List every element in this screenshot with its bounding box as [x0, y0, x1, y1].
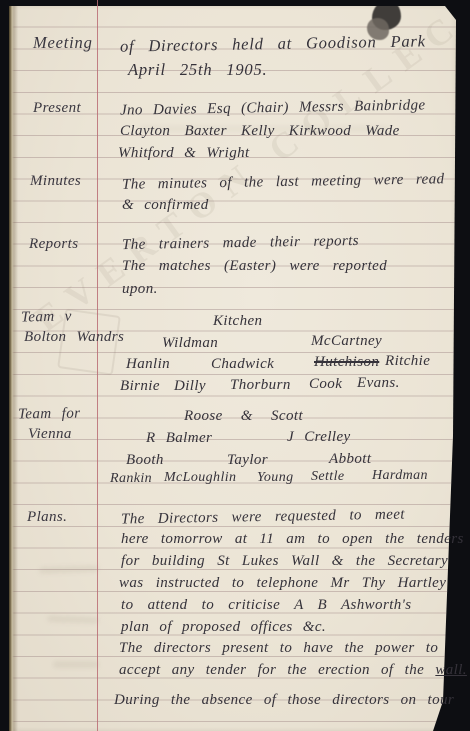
bleedthrough-smudge [53, 661, 99, 668]
bolton-fwd-4: Cook [309, 376, 342, 393]
vienna-row3-3: Abbott [329, 451, 371, 468]
bolton-fwd-2: Dilly [174, 378, 206, 395]
vienna-row4-5: Hardman [372, 468, 428, 484]
plans-line-8-text: accept any tender for the erection of th… [119, 662, 435, 678]
plans-line-7: The directors present to have the power … [119, 640, 438, 657]
bolton-fwd-5: Evans. [357, 375, 400, 392]
minutes-line-2: & confirmed [122, 197, 209, 214]
plans-line-3: for building St Lukes Wall & the Secreta… [121, 553, 448, 570]
header-date: April 25th 1905. [128, 60, 267, 80]
bolton-fwd-1: Birnie [120, 378, 160, 395]
vienna-row4-2: McLoughlin [164, 470, 236, 486]
bolton-goalkeeper: Kitchen [213, 313, 262, 330]
bleedthrough-smudge [47, 615, 99, 624]
vienna-row-1: Roose & Scott [184, 408, 303, 425]
scan-background: EVERTON COLLECTION Meeting of Directors … [0, 0, 470, 731]
margin-label-plans: Plans. [27, 509, 67, 526]
bolton-half-4: Ritchie [385, 353, 430, 370]
bolton-fwd-3: Thorburn [230, 377, 291, 394]
margin-label-team-vienna-1: Team for [18, 405, 81, 423]
vienna-row3-1: Booth [126, 452, 164, 469]
present-line-3: Whitford & Wright [118, 145, 250, 162]
vienna-row2-right: J Crelley [287, 429, 351, 446]
bolton-half-1: Hanlin [126, 356, 170, 373]
plans-line-8-underlined-word: wall. [435, 662, 467, 678]
margin-label-team-bolton-2: Bolton Wandrs [24, 329, 124, 346]
vienna-row4-4: Settle [311, 469, 345, 485]
ink-blot [372, 0, 401, 30]
vienna-row4-3: Young [257, 470, 294, 486]
bolton-half-2: Chadwick [211, 356, 274, 373]
margin-label-team-vienna-2: Vienna [28, 426, 72, 443]
present-line-2: Clayton Baxter Kelly Kirkwood Wade [120, 123, 400, 140]
plans-line-2: here tomorrow at 11 am to open the tende… [121, 531, 464, 548]
plans-line-6: plan of proposed offices &c. [121, 619, 326, 636]
reports-line-2: The matches (Easter) were reported [122, 258, 387, 275]
bolton-back-left: Wildman [162, 335, 218, 352]
vienna-row3-2: Taylor [227, 452, 268, 469]
margin-label-present: Present [33, 100, 81, 117]
margin-label-reports: Reports [29, 236, 78, 253]
plans-line-5: to attend to criticise A B Ashworth's [121, 597, 412, 614]
margin-label-minutes: Minutes [30, 173, 81, 190]
bolton-half-3-struck: Hutchison [314, 354, 379, 371]
vienna-row2-left: R Balmer [146, 430, 212, 447]
plans-closing-line: During the absence of those directors on… [114, 692, 454, 709]
margin-label-meeting: Meeting [33, 33, 93, 53]
reports-line-3: upon. [122, 281, 158, 298]
margin-label-team-bolton-1: Team v [21, 309, 72, 327]
red-margin-rule [97, 0, 98, 731]
plans-line-4: was instructed to telephone Mr Thy Hartl… [119, 575, 446, 592]
plans-line-8: accept any tender for the erection of th… [119, 662, 467, 679]
book-binding-edge [9, 6, 18, 731]
bleedthrough-smudge [39, 565, 99, 574]
bolton-back-right: McCartney [311, 333, 382, 350]
vienna-row4-1: Rankin [110, 471, 152, 487]
